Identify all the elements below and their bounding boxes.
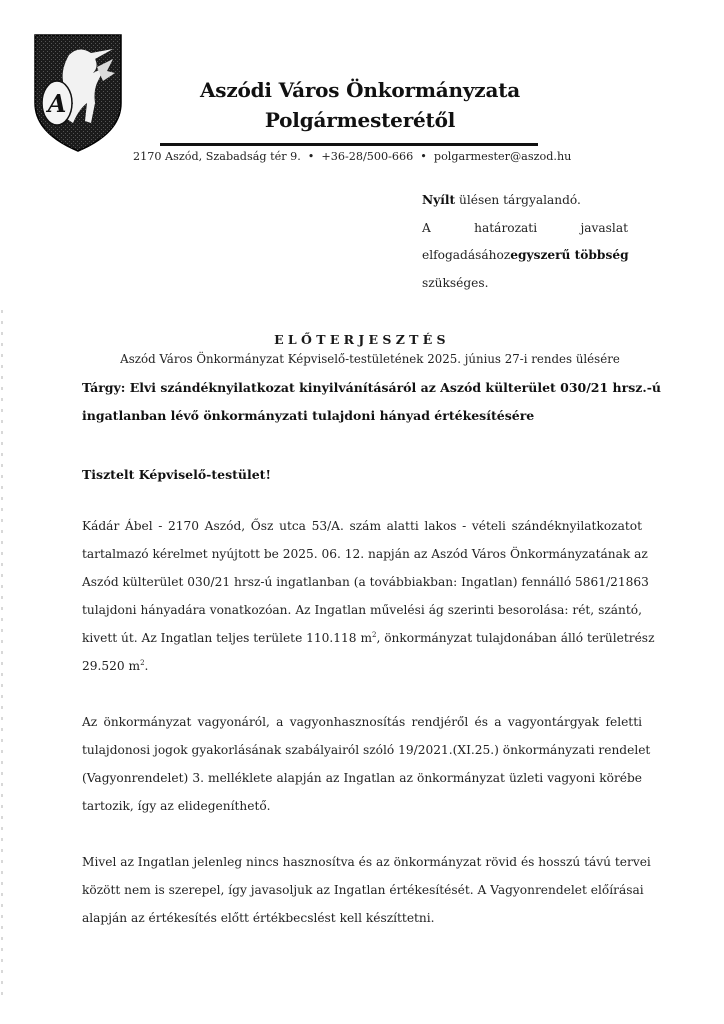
session-note-line1: Nyílt ülésen tárgyalandó.: [422, 187, 628, 215]
subject-line: ingatlanban lévő önkormányzati tulajdoni…: [82, 402, 642, 430]
letterhead-divider: [160, 143, 538, 146]
paragraph-request: Kádár Ábel - 2170 Aszód, Ősz utca 53/A. …: [82, 512, 642, 680]
paragraph-line: között nem is szerepel, így javasoljuk a…: [82, 876, 642, 904]
superscript: 2: [372, 631, 376, 639]
paragraph-line: Kádár Ábel - 2170 Aszód, Ősz utca 53/A. …: [82, 512, 642, 540]
word: határozati: [474, 215, 537, 243]
paragraph-proposal: Mivel az Ingatlan jelenleg nincs hasznos…: [82, 848, 642, 932]
paragraph-line: kivett út. Az Ingatlan teljes területe 1…: [82, 624, 642, 652]
paragraph-line: Az önkormányzat vagyonáról, a vagyonhasz…: [82, 708, 642, 736]
paragraph-asset-regulation: Az önkormányzat vagyonáról, a vagyonhasz…: [82, 708, 642, 820]
session-note-line4: szükséges.: [422, 270, 628, 298]
letterhead-title: Aszódi Város Önkormányzata Polgármesteré…: [195, 75, 525, 135]
paragraph-line: tartalmazó kérelmet nyújtott be 2025. 06…: [82, 540, 642, 568]
paragraph-line: (Vagyonrendelet) 3. melléklete alapján a…: [82, 764, 642, 792]
paragraph-line: Aszód külterület 030/21 hrsz-ú ingatlanb…: [82, 568, 642, 596]
scan-edge-marks: [1, 310, 3, 1000]
letterhead-contact: 2170 Aszód, Szabadság tér 9.•+36-28/500-…: [133, 150, 553, 163]
paragraph-line: tulajdonosi jogok gyakorlásának szabálya…: [82, 736, 642, 764]
contact-address: 2170 Aszód, Szabadság tér 9.: [133, 150, 301, 163]
majority-type-label: egyszerű többség: [510, 242, 628, 270]
subject-line: Tárgy: Elvi szándéknyilatkozat kinyilván…: [82, 374, 642, 402]
word: javaslat: [580, 215, 628, 243]
subject: Tárgy: Elvi szándéknyilatkozat kinyilván…: [82, 374, 642, 430]
letterhead-title-line2: Polgármesterétől: [195, 105, 525, 135]
paragraph-line: tartozik, így az elidegeníthető.: [82, 792, 642, 820]
paragraph-line: Mivel az Ingatlan jelenleg nincs hasznos…: [82, 848, 642, 876]
open-session-label: Nyílt: [422, 193, 455, 207]
bullet-separator: •: [308, 150, 315, 163]
session-note-text: ülésen tárgyalandó.: [455, 193, 581, 207]
meeting-line: Aszód Város Önkormányzat Képviselő-testü…: [90, 352, 650, 366]
salutation: Tisztelt Képviselő-testület!: [82, 467, 271, 482]
session-note: Nyílt ülésen tárgyalandó. A határozati j…: [422, 187, 628, 297]
contact-email: polgarmester@aszod.hu: [434, 150, 571, 163]
bullet-separator: •: [420, 150, 427, 163]
session-note-line3: elfogadásához egyszerű többség: [422, 242, 628, 270]
unicorn-coat-of-arms-icon: A: [33, 33, 123, 153]
contact-phone: +36-28/500-666: [321, 150, 413, 163]
svg-text:A: A: [46, 89, 67, 118]
session-note-text: elfogadásához: [422, 242, 510, 270]
document-page: A Aszódi Város Önkormányzata Polgármeste…: [0, 0, 724, 1024]
word: A: [422, 215, 431, 243]
paragraph-line: 29.520 m2.: [82, 652, 642, 680]
paragraph-line: tulajdoni hányadára vonatkozóan. Az Inga…: [82, 596, 642, 624]
paragraph-line: alapján az értékesítés előtt értékbecslé…: [82, 904, 642, 932]
document-type-heading: ELŐTERJESZTÉS: [0, 332, 724, 347]
letterhead-title-line1: Aszódi Város Önkormányzata: [195, 75, 525, 105]
superscript: 2: [140, 659, 144, 667]
session-note-line2: A határozati javaslat: [422, 215, 628, 243]
